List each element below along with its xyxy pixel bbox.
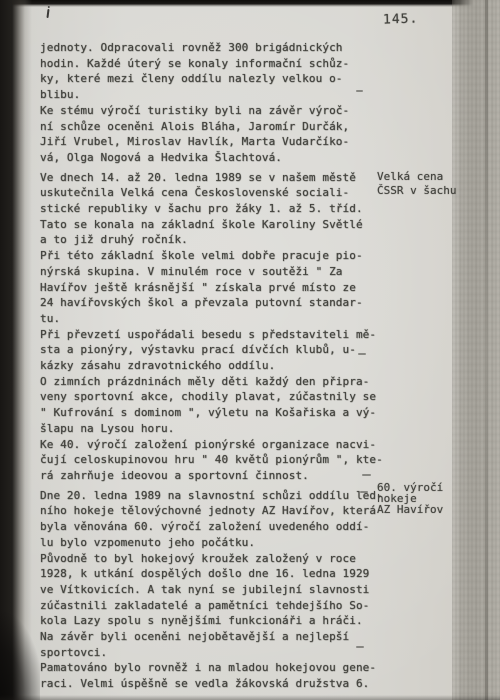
page-number: 145. (383, 11, 419, 27)
scan-edge-corner (0, 610, 40, 700)
typewritten-body: jednoty. Odpracovali rovněž 300 brigádni… (40, 40, 385, 692)
body-paragraph: jednoty. Odpracovali rovněž 300 brigádni… (40, 40, 385, 166)
scan-edge-top (0, 0, 500, 7)
body-paragraph: Dne 20. ledna 1989 na slavnostní schůzi … (40, 488, 385, 692)
margin-note-hockey: 60. výročí hokeje AZ Havířov (377, 482, 443, 516)
pen-tick-mark (46, 9, 49, 18)
scan-artifact (362, 474, 371, 476)
margin-note-chess: Velká cena ČSSR v šachu (377, 170, 456, 197)
scan-artifact (358, 353, 366, 355)
paper-texture-edge (452, 0, 500, 700)
scanned-page: 145. jednoty. Odpracovali rovněž 300 bri… (0, 0, 500, 700)
scan-artifact (360, 491, 368, 493)
scan-edge-left (0, 0, 32, 700)
body-paragraph: Ve dnech 14. až 20. ledna 1989 se v naše… (40, 170, 385, 484)
scan-artifact (356, 646, 364, 648)
paper-edge-streak (485, 0, 488, 700)
scan-artifact (356, 90, 363, 92)
scan-edge-bottom (0, 695, 500, 700)
